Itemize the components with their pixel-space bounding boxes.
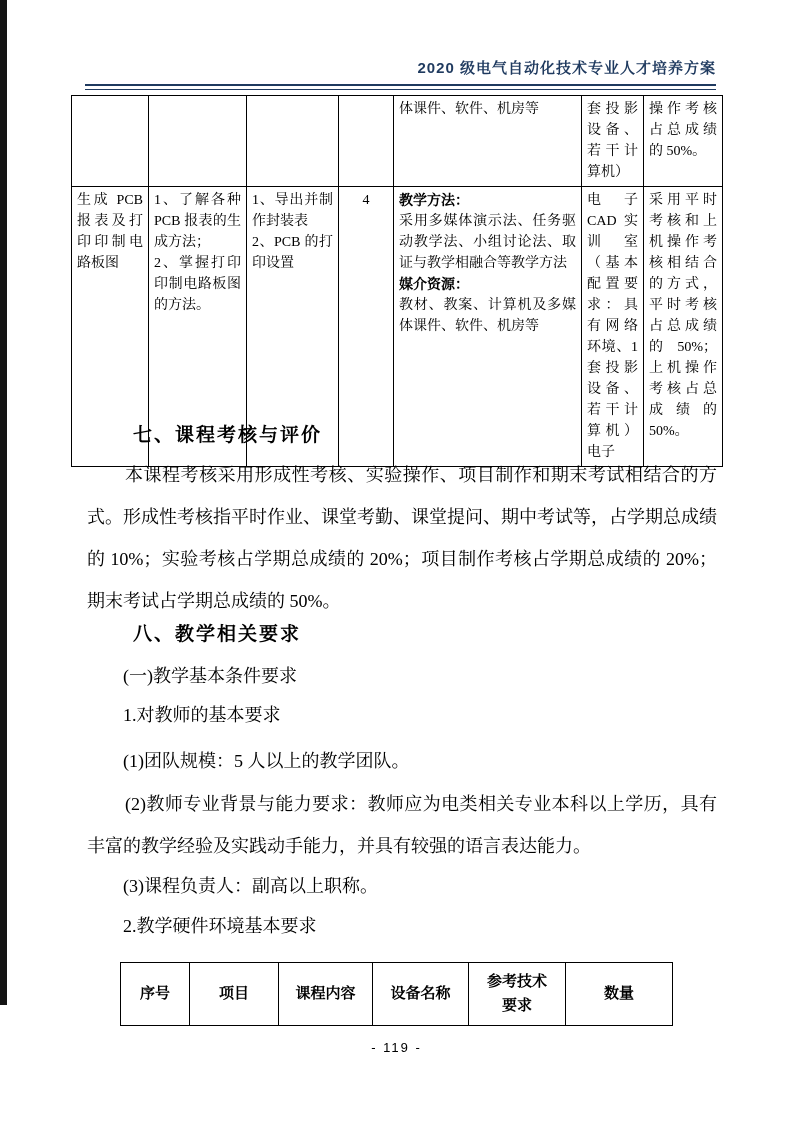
col-header-number: 序号 (121, 963, 190, 1026)
table-header-row: 序号 项目 课程内容 设备名称 参考技术要求 数量 (121, 963, 673, 1026)
media-label: 媒介资源： (399, 274, 576, 295)
assessment-continuation-cell: 操作考核占总成绩的 50%。 (644, 96, 723, 187)
assessment-cell: 采用平时考核和上机操作考核相结合的方式，平时考核占总成绩的 50%；上机操作考核… (644, 187, 723, 467)
col-header-tech-spec: 参考技术要求 (469, 963, 566, 1026)
section-heading-teaching-requirements: 八、教学相关要求 (133, 620, 301, 650)
room-cell: 电子 CAD 实训室（基本配置要求：具有网络环境、1 套投影设备、若干计算机）电… (582, 187, 644, 467)
content-item: 2、PCB 的打印设置 (252, 232, 333, 274)
document-page: 2020 级电气自动化技术专业人才培养方案 体课件、软件、机房等 套投影设备、若… (0, 0, 793, 1122)
table-cell-empty (72, 96, 149, 187)
objective-item: 2、掌握打印印制电路板图的方法。 (154, 253, 241, 316)
requirement-item-basic-conditions: (一)教学基本条件要求 (123, 655, 297, 697)
section-heading-assessment: 七、课程考核与评价 (133, 421, 322, 451)
course-unit-table: 体课件、软件、机房等 套投影设备、若干计算机） 操作考核占总成绩的 50%。 生… (71, 95, 723, 467)
col-header-course-content: 课程内容 (279, 963, 373, 1026)
requirement-item-teacher-background: (2)教师专业背景与能力要求：教师应为电类相关专业本科以上学历，具有丰富的教学经… (87, 783, 717, 867)
room-continuation-cell: 套投影设备、若干计算机） (582, 96, 644, 187)
hours-cell: 4 (339, 187, 394, 467)
col-header-project: 项目 (190, 963, 279, 1026)
scan-edge-artifact (0, 0, 7, 1005)
content-item: 1、导出并制作封装表 (252, 190, 333, 232)
method-media-cell: 教学方法： 采用多媒体演示法、任务驱动教学法、小组讨论法、取证与教学相融合等教学… (394, 187, 582, 467)
col-header-quantity: 数量 (566, 963, 673, 1026)
requirement-item-course-leader: (3)课程负责人：副高以上职称。 (123, 865, 378, 907)
table-row: 体课件、软件、机房等 套投影设备、若干计算机） 操作考核占总成绩的 50%。 (72, 96, 723, 187)
page-number: - 119 - (0, 1040, 793, 1055)
page-header-title: 2020 级电气自动化技术专业人才培养方案 (85, 57, 716, 78)
assessment-paragraph: 本课程考核采用形成性考核、实验操作、项目制作和期末考试相结合的方式。形成性考核指… (87, 454, 717, 622)
table-cell-empty (247, 96, 339, 187)
media-continuation-cell: 体课件、软件、机房等 (394, 96, 582, 187)
method-text: 采用多媒体演示法、任务驱动教学法、小组讨论法、取证与教学相融合等教学方法 (399, 211, 576, 274)
hardware-requirements-table: 序号 项目 课程内容 设备名称 参考技术要求 数量 (120, 962, 673, 1026)
col-header-equipment-name: 设备名称 (373, 963, 469, 1026)
media-text: 教材、教案、计算机及多媒体课件、软件、机房等 (399, 295, 576, 337)
objective-item: 1、了解各种 PCB 报表的生成方法； (154, 190, 241, 253)
table-cell-empty (339, 96, 394, 187)
header-divider-rule (85, 84, 716, 90)
method-label: 教学方法： (399, 190, 576, 211)
requirement-item-team-size: (1)团队规模：5 人以上的教学团队。 (123, 740, 410, 782)
requirement-item-teacher-basic: 1.对教师的基本要求 (123, 694, 281, 736)
requirement-item-hardware-env: 2.教学硬件环境基本要求 (123, 905, 317, 947)
table-cell-empty (149, 96, 247, 187)
